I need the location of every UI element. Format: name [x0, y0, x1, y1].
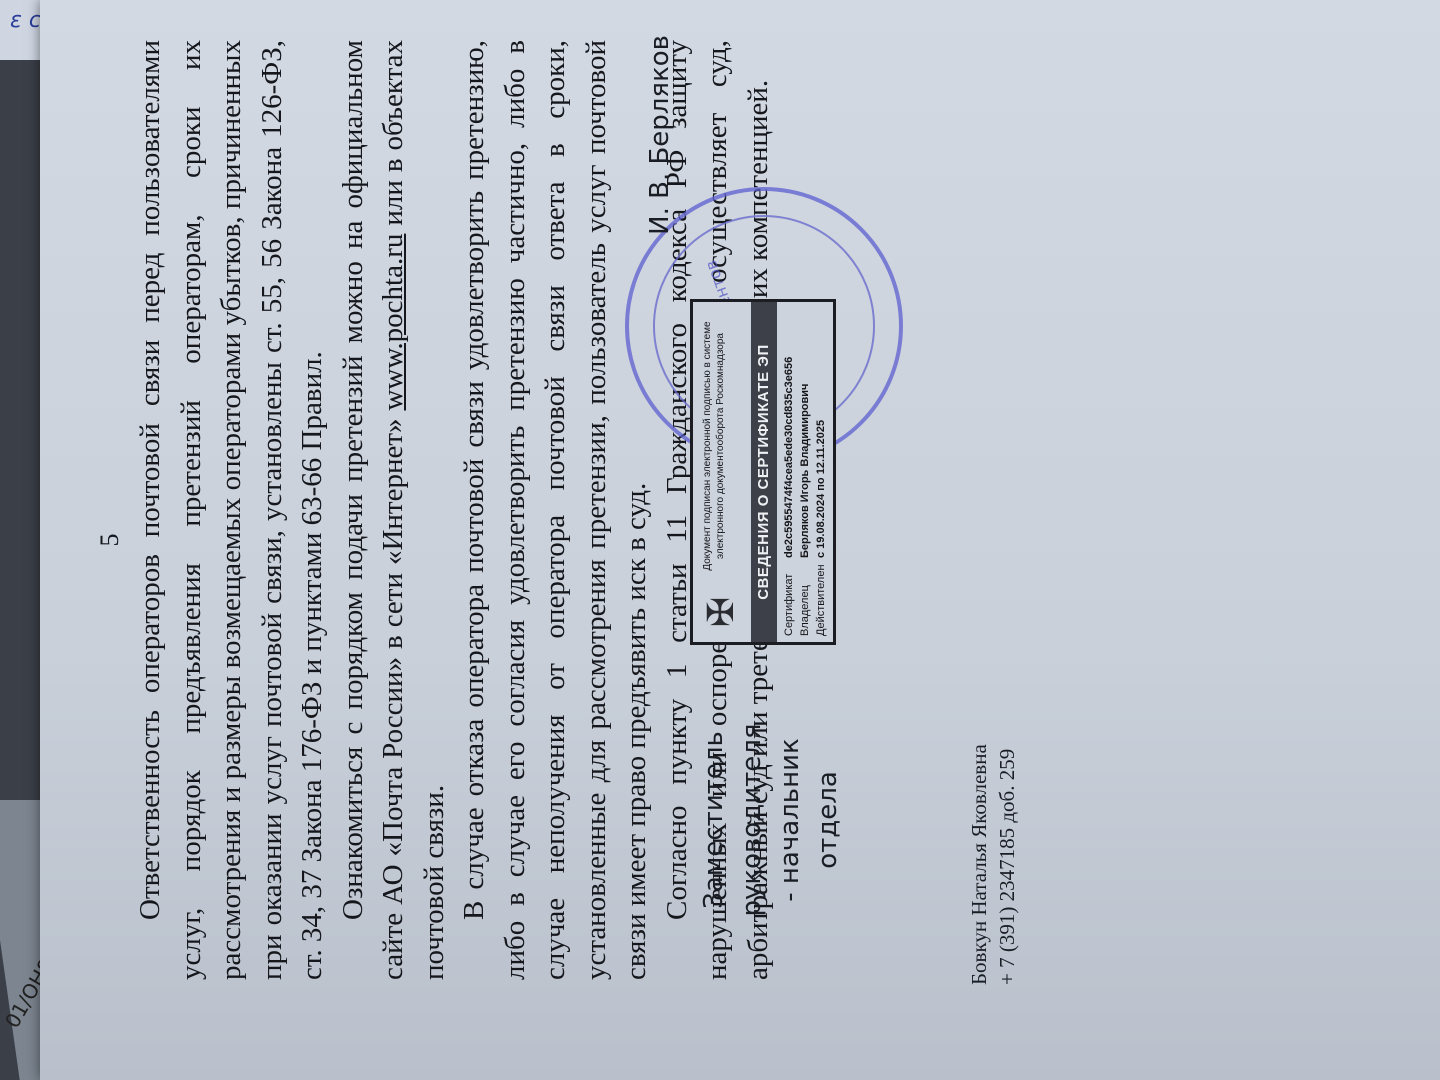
- ep-row-certificate: Сертификат de2c5955474f4cea5ede30cd835c3…: [781, 308, 797, 636]
- ep-value: Берляков Игорь Владимирович: [797, 384, 813, 558]
- ep-label: Сертификат: [781, 558, 797, 636]
- document-page-rotated: 5 Ответственность операторов почтовой св…: [40, 0, 1440, 1080]
- ep-value: с 19.08.2024 по 12.11.2025: [813, 420, 829, 558]
- ep-title: СВЕДЕНИЯ О СЕРТИФИКАТЕ ЭП: [751, 302, 777, 642]
- contact-name: Бовкун Наталья Яковлевна: [965, 744, 993, 985]
- ep-label: Владелец: [797, 558, 813, 636]
- ep-header: Документ подписан электронной подписью в…: [701, 310, 727, 582]
- pochta-link[interactable]: www.pochta.ru: [377, 234, 409, 411]
- double-headed-eagle-icon: ✠: [699, 590, 743, 634]
- ep-value: de2c5955474f4cea5ede30cd835c3e656: [781, 357, 797, 558]
- handwritten-note-text: ε c: [10, 8, 41, 33]
- ep-row-validity: Действителен с 19.08.2024 по 12.11.2025: [813, 308, 829, 636]
- signer-name: И. В. Берляков: [645, 35, 675, 235]
- contact-info: Бовкун Наталья Яковлевна + 7 (391) 23471…: [965, 744, 1021, 985]
- paragraph-claims-procedure: Ознакомиться с порядком подачи претензий…: [333, 40, 455, 980]
- document-page: 5 Ответственность операторов почтовой св…: [40, 0, 1440, 1080]
- signature-block: Заместитель руководителя - начальник отд…: [635, 25, 935, 985]
- ep-row-owner: Владелец Берляков Игорь Владимирович: [797, 308, 813, 636]
- ep-label: Действителен: [813, 558, 829, 636]
- paragraph-liability: Ответственность операторов почтовой связ…: [130, 40, 333, 980]
- ep-rows: Сертификат de2c5955474f4cea5ede30cd835c3…: [781, 308, 829, 636]
- paragraph-refusal: В случае отказа оператора почтовой связи…: [454, 40, 657, 980]
- contact-phone: + 7 (391) 2347185 доб. 259: [993, 744, 1021, 985]
- electronic-signature-box: ✠ Документ подписан электронной подписью…: [690, 299, 836, 645]
- page-number: 5: [95, 0, 125, 1080]
- signer-position: Заместитель руководителя - начальник отд…: [695, 720, 847, 920]
